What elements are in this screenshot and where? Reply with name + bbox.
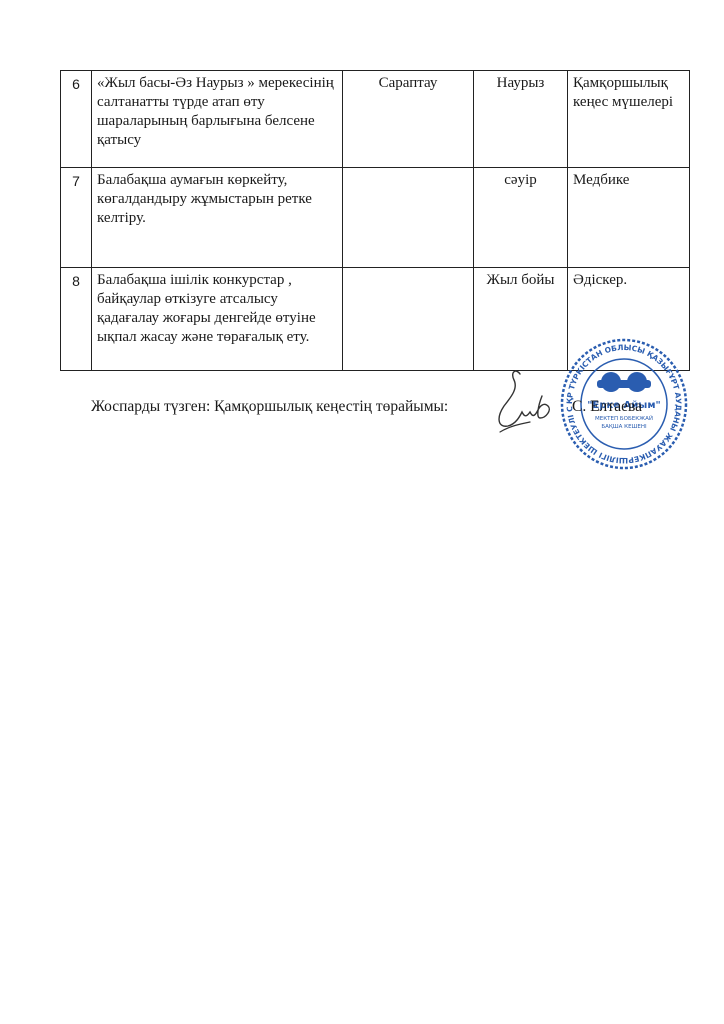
signer-name: С. Елтаева bbox=[572, 398, 642, 416]
row-period: Наурыз bbox=[474, 71, 568, 168]
signature-icon bbox=[490, 366, 560, 436]
row-form: Сараптау bbox=[343, 71, 474, 168]
row-number: 7 bbox=[61, 168, 92, 268]
row-responsible: Қамқоршылық кеңес мүшелері bbox=[568, 71, 690, 168]
row-responsible: Медбике bbox=[568, 168, 690, 268]
row-period: сәуір bbox=[474, 168, 568, 268]
row-activity: «Жыл басы-Әз Наурыз » мерекесінің салтан… bbox=[92, 71, 343, 168]
row-number: 8 bbox=[61, 268, 92, 371]
stamp-subtext-1: МЕКТЕП БОБЕКЖАЙ bbox=[595, 415, 653, 422]
row-activity: Балабақша ішілік конкурстар , байқаулар … bbox=[92, 268, 343, 371]
table-row: 6 «Жыл басы-Әз Наурыз » мерекесінің салт… bbox=[61, 71, 690, 168]
plan-table: 6 «Жыл басы-Әз Наурыз » мерекесінің салт… bbox=[60, 70, 690, 371]
row-period: Жыл бойы bbox=[474, 268, 568, 371]
row-activity: Балабақша аумағын көркейту, көгалдандыру… bbox=[92, 168, 343, 268]
row-form bbox=[343, 168, 474, 268]
table-row: 7 Балабақша аумағын көркейту, көгалданды… bbox=[61, 168, 690, 268]
row-number: 6 bbox=[61, 71, 92, 168]
row-form bbox=[343, 268, 474, 371]
prepared-by-label: Жоспарды түзген: Қамқоршылық кеңестің тө… bbox=[91, 398, 448, 416]
stamp-subtext-2: БАҚША КЕШЕНІ bbox=[601, 424, 647, 430]
